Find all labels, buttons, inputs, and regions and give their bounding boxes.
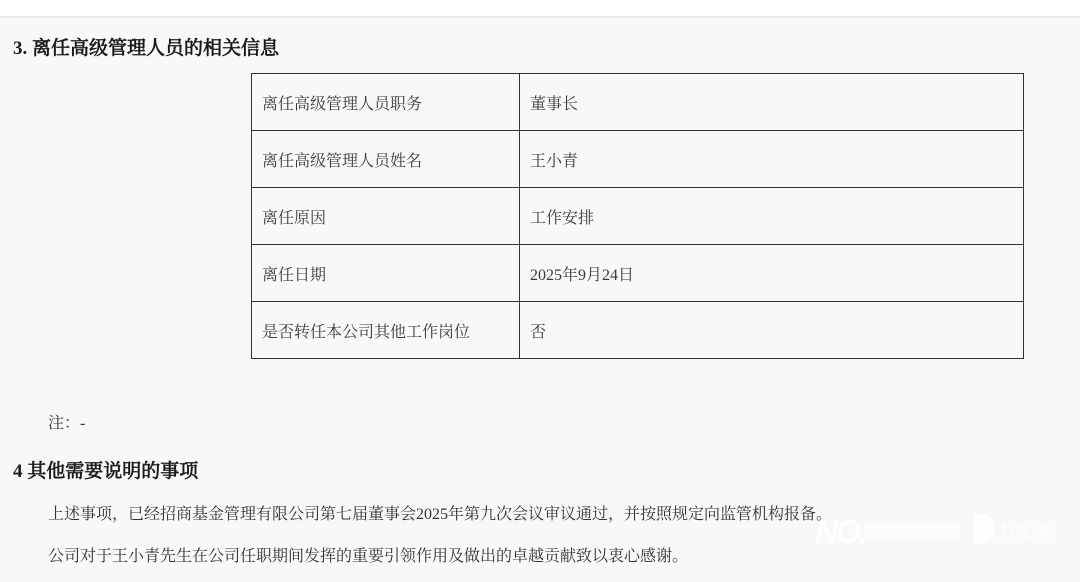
play-logo-icon	[973, 514, 995, 544]
row-label: 离任日期	[252, 245, 520, 302]
section-4-title: 4 其他需要说明的事项	[13, 456, 198, 483]
watermark-brand-box	[865, 522, 960, 540]
table-row: 离任日期 2025年9月24日	[252, 245, 1024, 302]
table-row: 离任原因 工作安排	[252, 188, 1024, 245]
paragraph-approval: 上述事项，已经招商基金管理有限公司第七届董事会2025年第九次会议审议通过，并按…	[48, 501, 832, 524]
row-value: 工作安排	[520, 188, 1024, 245]
watermark: NO. N视频	[815, 508, 1065, 578]
table-note: 注：-	[48, 410, 85, 433]
row-label: 离任高级管理人员姓名	[252, 131, 520, 188]
table-row: 离任高级管理人员姓名 王小青	[252, 131, 1024, 188]
row-label: 离任高级管理人员职务	[252, 74, 520, 131]
row-value: 董事长	[520, 74, 1024, 131]
section-3-title: 3. 离任高级管理人员的相关信息	[13, 33, 279, 60]
row-label: 是否转任本公司其他工作岗位	[252, 302, 520, 359]
top-band	[0, 0, 1080, 18]
row-label: 离任原因	[252, 188, 520, 245]
row-value: 2025年9月24日	[520, 245, 1024, 302]
table-row: 离任高级管理人员职务 董事长	[252, 74, 1024, 131]
table-row: 是否转任本公司其他工作岗位 否	[252, 302, 1024, 359]
departure-info-table: 离任高级管理人员职务 董事长 离任高级管理人员姓名 王小青 离任原因 工作安排 …	[251, 73, 1024, 359]
row-value: 否	[520, 302, 1024, 359]
paragraph-thanks: 公司对于王小青先生在公司任职期间发挥的重要引领作用及做出的卓越贡献致以衷心感谢。	[48, 543, 688, 566]
row-value: 王小青	[520, 131, 1024, 188]
watermark-brand-text: N视频	[1001, 518, 1050, 544]
